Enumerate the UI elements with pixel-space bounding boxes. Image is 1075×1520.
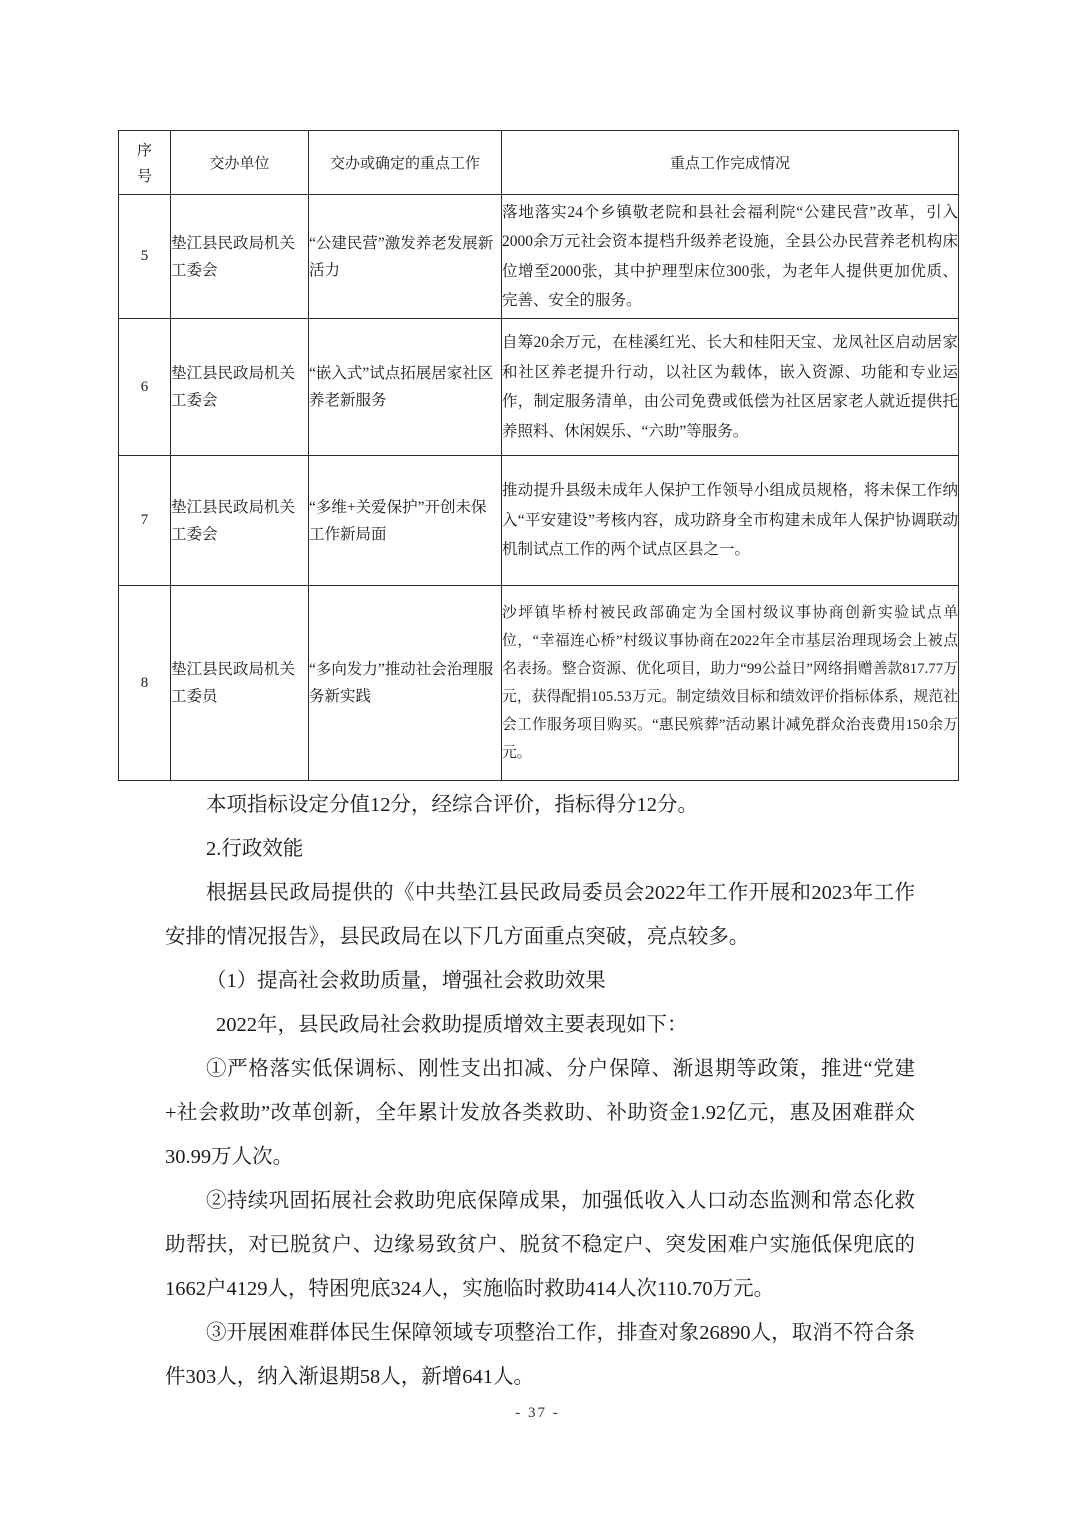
key-work-table: 序 号 交办单位 交办或确定的重点工作 重点工作完成情况 5 垫江县民政局机关工…: [118, 130, 959, 781]
page-number: - 37 -: [0, 1405, 1075, 1422]
cell-task: “公建民营”激发养老发展新活力: [309, 195, 502, 319]
table-row: 6 垫江县民政局机关工委会 “嵌入式”试点拓展居家社区养老新服务 自筹20余万元…: [119, 319, 959, 456]
cell-unit: 垫江县民政局机关工委会: [171, 195, 309, 319]
header-unit: 交办单位: [171, 131, 309, 195]
header-no: 序 号: [119, 131, 171, 195]
cell-task: “多维+关爱保护”开创未保工作新局面: [309, 456, 502, 586]
section-title: 2.行政效能: [165, 827, 915, 871]
cell-task: “多向发力”推动社会治理服务新实践: [309, 586, 502, 781]
cell-no: 5: [119, 195, 171, 319]
subsection-title: （1）提高社会救助质量，增强社会救助效果: [165, 959, 915, 1003]
table-row: 7 垫江县民政局机关工委会 “多维+关爱保护”开创未保工作新局面 推动提升县级未…: [119, 456, 959, 586]
score-line: 本项指标设定分值12分，经综合评价，指标得分12分。: [165, 783, 915, 827]
cell-result: 沙坪镇毕桥村被民政部确定为全国村级议事协商创新实验试点单位，“幸福连心桥”村级议…: [502, 586, 959, 781]
document-page: 序 号 交办单位 交办或确定的重点工作 重点工作完成情况 5 垫江县民政局机关工…: [0, 0, 1075, 1520]
table-row: 8 垫江县民政局机关工委员 “多向发力”推动社会治理服务新实践 沙坪镇毕桥村被民…: [119, 586, 959, 781]
header-no-line1: 序: [137, 141, 152, 159]
cell-unit: 垫江县民政局机关工委员: [171, 586, 309, 781]
list-item: ②持续巩固拓展社会救助兜底保障成果，加强低收入人口动态监测和常态化救助帮扶，对已…: [165, 1179, 915, 1311]
cell-task: “嵌入式”试点拓展居家社区养老新服务: [309, 319, 502, 456]
cell-result: 自筹20余万元，在桂溪红光、长大和桂阳天宝、龙凤社区启动居家和社区养老提升行动，…: [502, 319, 959, 456]
cell-no: 8: [119, 586, 171, 781]
header-result: 重点工作完成情况: [502, 131, 959, 195]
list-item: ①严格落实低保调标、刚性支出扣减、分户保障、渐退期等政策，推进“党建+社会救助”…: [165, 1047, 915, 1179]
cell-no: 6: [119, 319, 171, 456]
list-item: ③开展困难群体民生保障领域专项整治工作，排查对象26890人，取消不符合条件30…: [165, 1311, 915, 1399]
header-no-line2: 号: [137, 167, 152, 185]
subsection-lead: 2022年，县民政局社会救助提质增效主要表现如下：: [165, 1003, 915, 1047]
cell-no: 7: [119, 456, 171, 586]
header-task: 交办或确定的重点工作: [309, 131, 502, 195]
cell-result: 推动提升县级未成年人保护工作领导小组成员规格，将未保工作纳入“平安建设”考核内容…: [502, 456, 959, 586]
cell-unit: 垫江县民政局机关工委会: [171, 319, 309, 456]
body-text: 本项指标设定分值12分，经综合评价，指标得分12分。 2.行政效能 根据县民政局…: [165, 783, 915, 1399]
cell-result: 落地落实24个乡镇敬老院和县社会福利院“公建民营”改革，引入2000余万元社会资…: [502, 195, 959, 319]
intro-paragraph: 根据县民政局提供的《中共垫江县民政局委员会2022年工作开展和2023年工作安排…: [165, 871, 915, 959]
cell-unit: 垫江县民政局机关工委会: [171, 456, 309, 586]
table-row: 5 垫江县民政局机关工委会 “公建民营”激发养老发展新活力 落地落实24个乡镇敬…: [119, 195, 959, 319]
table-header-row: 序 号 交办单位 交办或确定的重点工作 重点工作完成情况: [119, 131, 959, 195]
